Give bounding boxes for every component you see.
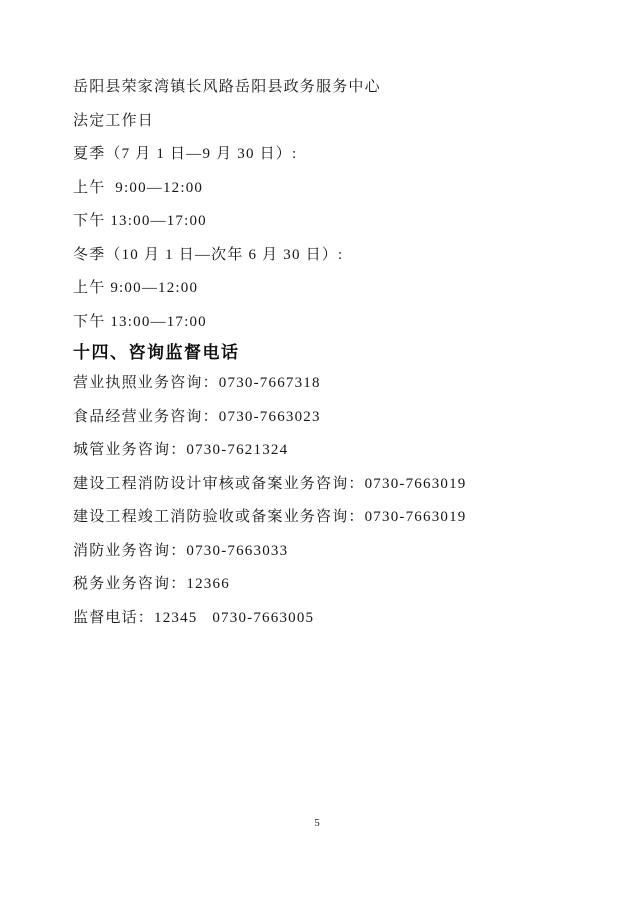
document-page: 岳阳县荣家湾镇长风路岳阳县政务服务中心 法定工作日 夏季（7 月 1 日—9 月… — [0, 0, 634, 898]
summer-afternoon-hours: 下午 13:00—17:00 — [73, 205, 579, 239]
contact-line-fire-design-review: 建设工程消防设计审核或备案业务咨询：0730-7663019 — [73, 468, 579, 502]
contact-line-urban-management: 城管业务咨询：0730-7621324 — [73, 434, 579, 468]
service-center-address: 岳阳县荣家湾镇长风路岳阳县政务服务中心 — [73, 71, 579, 105]
contact-line-food-business: 食品经营业务咨询：0730-7663023 — [73, 401, 579, 435]
contact-line-supervision-phone: 监督电话：12345 0730-7663005 — [73, 602, 579, 636]
summer-morning-hours: 上午 9:00—12:00 — [73, 172, 579, 206]
contacts-section-heading: 十四、咨询监督电话 — [73, 339, 579, 367]
winter-schedule-title: 冬季（10 月 1 日—次年 6 月 30 日）: — [73, 239, 579, 273]
summer-schedule-title: 夏季（7 月 1 日—9 月 30 日）: — [73, 138, 579, 172]
document-body: 岳阳县荣家湾镇长风路岳阳县政务服务中心 法定工作日 夏季（7 月 1 日—9 月… — [73, 71, 579, 635]
contact-line-fire-acceptance: 建设工程竣工消防验收或备案业务咨询：0730-7663019 — [73, 501, 579, 535]
legal-workday-line: 法定工作日 — [73, 105, 579, 139]
contact-line-tax-service: 税务业务咨询：12366 — [73, 568, 579, 602]
winter-morning-hours: 上午 9:00—12:00 — [73, 272, 579, 306]
page-number: 5 — [0, 816, 634, 830]
winter-afternoon-hours: 下午 13:00—17:00 — [73, 306, 579, 340]
contact-line-business-license: 营业执照业务咨询：0730-7667318 — [73, 367, 579, 401]
contact-line-fire-service: 消防业务咨询：0730-7663033 — [73, 535, 579, 569]
